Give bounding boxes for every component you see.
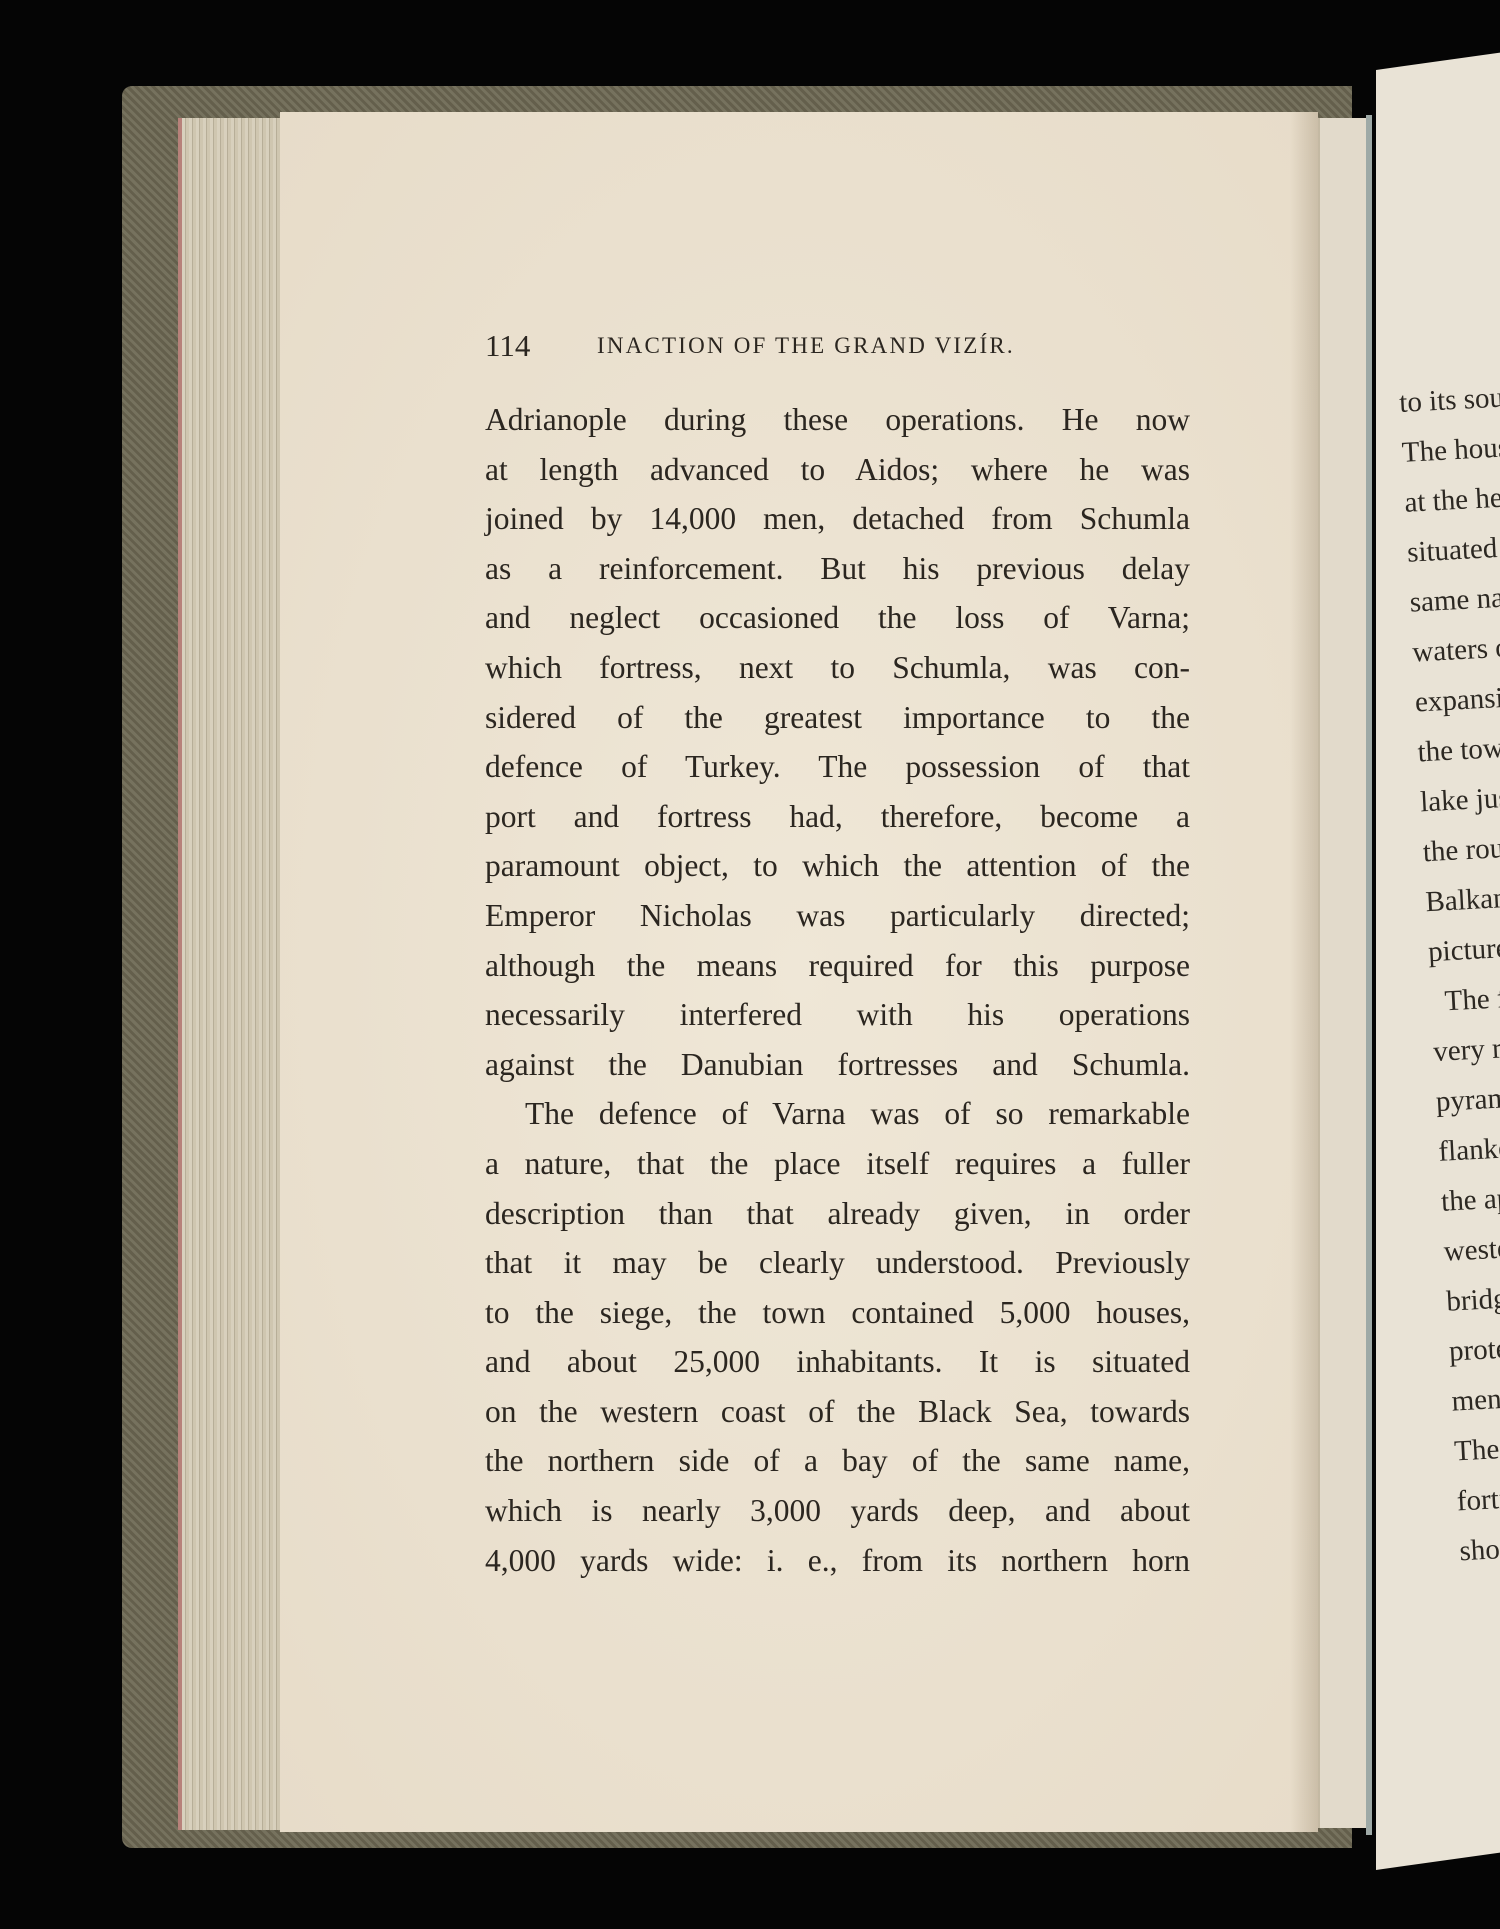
right-text-line: Balkan, (1424, 872, 1500, 928)
text-line: that it may be clearly understood. Previ… (485, 1238, 1190, 1288)
right-text-line: to its sou (1398, 372, 1500, 428)
text-line: defence of Turkey. The possession of tha… (485, 742, 1190, 792)
right-text-line: ment of t (1450, 1371, 1500, 1427)
right-text-line: situated o (1406, 522, 1500, 578)
right-text-line: the town (1416, 722, 1500, 778)
right-text-line: protected (1448, 1321, 1500, 1377)
text-line: against the Danubian fortresses and Schu… (485, 1040, 1190, 1090)
paragraph-start-line: The defence of Varna was of so remarkabl… (485, 1089, 1190, 1139)
text-line: sidered of the greatest importance to th… (485, 693, 1190, 743)
right-text-line: same nar (1408, 572, 1500, 628)
right-text-line: bridge cro (1445, 1271, 1500, 1327)
text-line: and about 25,000 inhabitants. It is situ… (485, 1337, 1190, 1387)
right-text-line: The remai (1453, 1421, 1500, 1477)
right-text-line: at the he (1403, 472, 1500, 528)
right-text-line: picturesqu (1427, 921, 1500, 977)
right-text-line: the apex (1440, 1171, 1500, 1227)
text-line: the northern side of a bay of the same n… (485, 1436, 1190, 1486)
right-text-line: lake just (1419, 772, 1500, 828)
text-line: joined by 14,000 men, detached from Schu… (485, 494, 1190, 544)
text-line: and neglect occasioned the loss of Varna… (485, 593, 1190, 643)
text-line: although the means required for this pur… (485, 941, 1190, 991)
gutter-shadow (1290, 112, 1318, 1832)
gutter-leaf (1318, 118, 1370, 1828)
text-line: a nature, that the place itself requires… (485, 1139, 1190, 1189)
right-text-line: western si (1442, 1221, 1500, 1277)
right-text-line: expansive (1414, 672, 1500, 728)
gutter-divider (1366, 115, 1372, 1835)
text-line: Adrianople during these operations. He n… (485, 395, 1190, 445)
right-text-line: fortified, h (1456, 1471, 1500, 1527)
text-line: at length advanced to Aidos; where he wa… (485, 445, 1190, 495)
right-text-line: very respe (1432, 1021, 1500, 1077)
text-line: which fortress, next to Schumla, was con… (485, 643, 1190, 693)
right-text-line: waters of (1411, 622, 1500, 678)
page-header: 114 INACTION OF THE GRAND VIZÍR. (485, 328, 1195, 368)
right-text-line: flanked, p (1437, 1121, 1500, 1177)
page-number: 114 (485, 328, 530, 364)
right-text-line: The house (1401, 422, 1500, 478)
text-line: Emperor Nicholas was particularly direct… (485, 891, 1190, 941)
text-line: to the siege, the town contained 5,000 h… (485, 1288, 1190, 1338)
body-text: Adrianople during these operations. He n… (485, 395, 1190, 1585)
text-line: as a reinforcement. But his previous del… (485, 544, 1190, 594)
text-line: description than that already given, in … (485, 1189, 1190, 1239)
running-title: INACTION OF THE GRAND VIZÍR. (597, 333, 1015, 359)
text-line: port and fortress had, therefore, become… (485, 792, 1190, 842)
text-line: on the western coast of the Black Sea, t… (485, 1387, 1190, 1437)
text-line: 4,000 yards wide: i. e., from its northe… (485, 1536, 1190, 1586)
right-text-line: The for (1429, 971, 1500, 1027)
page-edges (178, 118, 287, 1830)
text-line: which is nearly 3,000 yards deep, and ab… (485, 1486, 1190, 1536)
text-line: paramount object, to which the attention… (485, 841, 1190, 891)
right-text-line: the round (1422, 822, 1500, 878)
right-text-line: pyramid. (1435, 1071, 1500, 1127)
right-text-line: short flank (1458, 1521, 1500, 1577)
text-line: necessarily interfered with his operatio… (485, 990, 1190, 1040)
